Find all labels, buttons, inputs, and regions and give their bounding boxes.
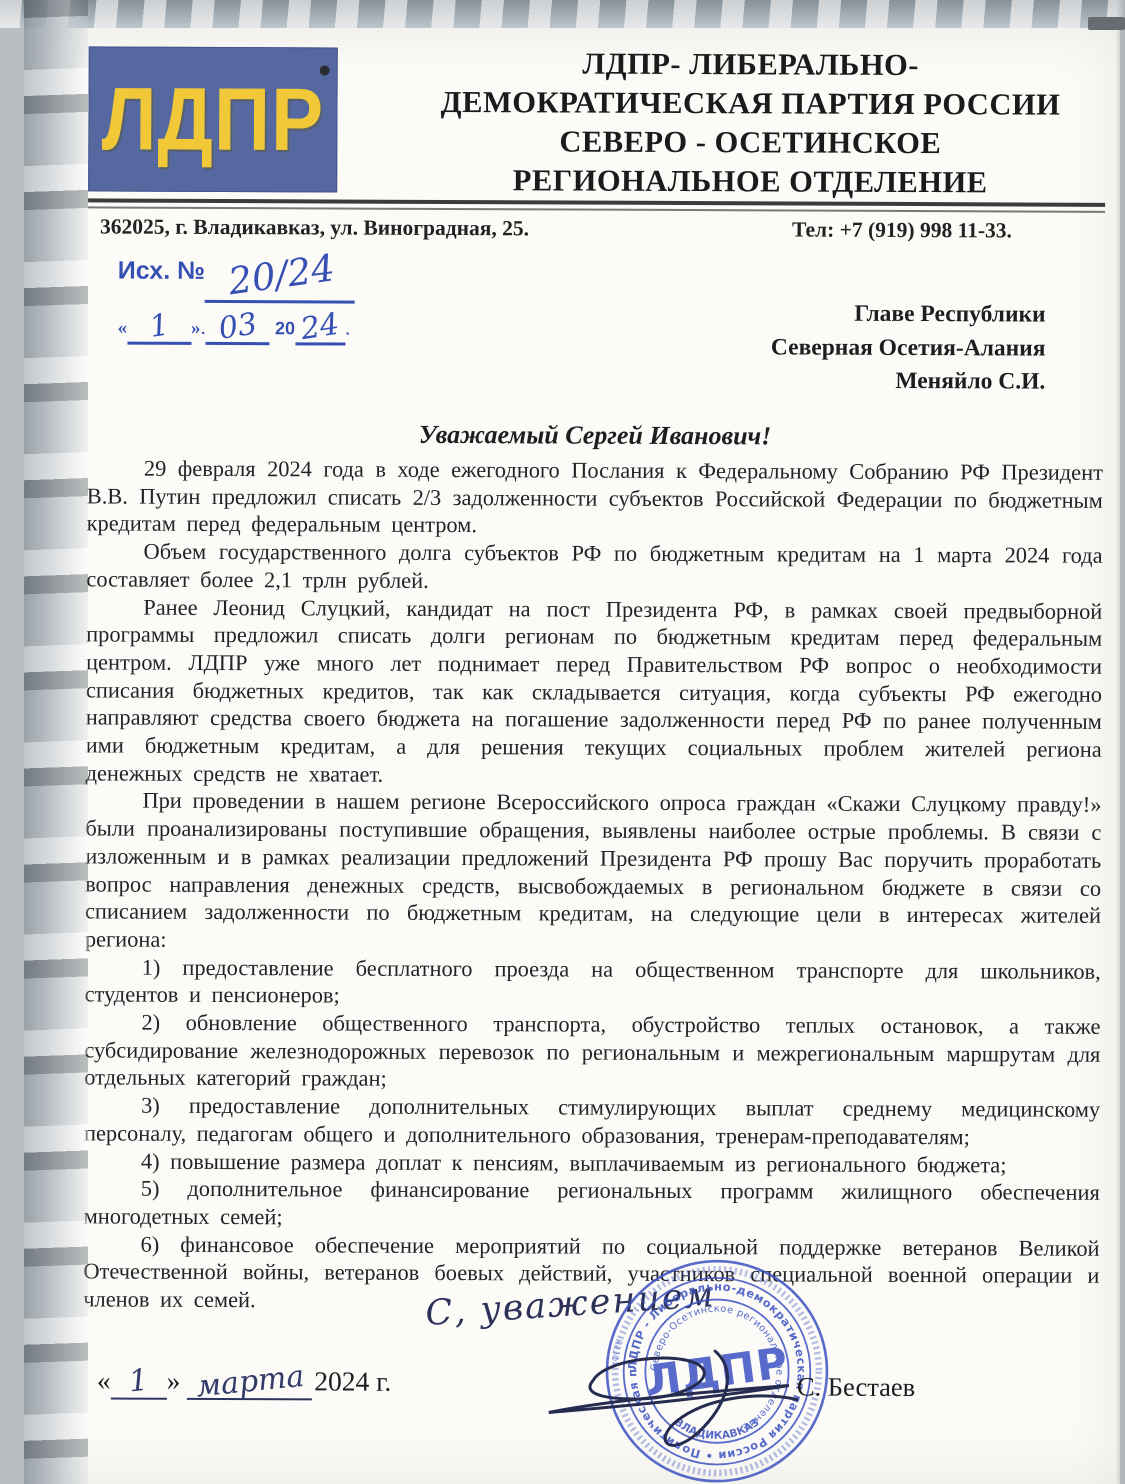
recipient-line: Главе Республики bbox=[690, 297, 1046, 332]
date-month-underline: марта bbox=[187, 1363, 312, 1401]
ref-date-row: «1».03 2024. bbox=[117, 307, 354, 346]
letter-content: ЛДПР ЛДПР- ЛИБЕРАЛЬНО- ДЕМОКРАТИЧЕСКАЯ П… bbox=[0, 0, 1125, 1484]
quote-open: « bbox=[117, 318, 127, 339]
ref-day-underline: 1 bbox=[127, 307, 191, 345]
ref-label: Исх. № bbox=[118, 257, 205, 285]
letter-body: 29 февраля 2024 года в ходе ежегодного П… bbox=[83, 454, 1103, 1317]
signature-strike bbox=[549, 1384, 789, 1413]
date-year: 2024 г. bbox=[314, 1365, 391, 1396]
org-address: 362025, г. Владикавказ, ул. Виноградная,… bbox=[100, 214, 529, 241]
org-title: ЛДПР- ЛИБЕРАЛЬНО- ДЕМОКРАТИЧЕСКАЯ ПАРТИЯ… bbox=[400, 44, 1101, 203]
list-item: 3) предоставление дополнительных стимули… bbox=[84, 1092, 1100, 1152]
paragraph: Ранее Леонид Слуцкий, кандидат на пост П… bbox=[86, 593, 1103, 791]
ref-number-handwritten: 20/24 bbox=[226, 246, 337, 303]
ldpr-logo-text: ЛДПР bbox=[102, 67, 325, 172]
date-quote-close: » bbox=[167, 1365, 181, 1396]
ref-month-underline: 03 bbox=[206, 307, 270, 345]
recipient-line: Северная Осетия-Алания bbox=[689, 331, 1045, 366]
recipient-line: Меняйло С.И. bbox=[689, 364, 1045, 399]
contact-row: 362025, г. Владикавказ, ул. Виноградная,… bbox=[100, 214, 1012, 243]
signer-name: С. Бестаев bbox=[797, 1372, 915, 1404]
org-title-line: РЕГИОНАЛЬНОЕ ОТДЕЛЕНИЕ bbox=[400, 161, 1100, 203]
ref-number-underline: 20/24 bbox=[205, 257, 355, 304]
scan-left-edge bbox=[24, 0, 88, 1484]
date-day-underline: 1 bbox=[111, 1363, 167, 1400]
list-item: 4) повышение размера доплат к пенсиям, в… bbox=[84, 1147, 1100, 1179]
org-title-line: СЕВЕРО - ОСЕТИНСКОЕ bbox=[400, 122, 1100, 164]
ldpr-logo: ЛДПР bbox=[88, 46, 338, 192]
ref-year-printed: 20 bbox=[275, 318, 295, 338]
ref-end-dot: . bbox=[345, 316, 350, 340]
paragraph: При проведении в нашем регионе Всероссий… bbox=[85, 787, 1102, 958]
org-title-line: ЛДПР- ЛИБЕРАЛЬНО- bbox=[401, 44, 1101, 86]
date-quote-open: « bbox=[97, 1364, 111, 1395]
date-day-handwritten: 1 bbox=[128, 1363, 151, 1400]
org-title-line: ДЕМОКРАТИЧЕСКАЯ ПАРТИЯ РОССИИ bbox=[400, 83, 1100, 125]
scanned-letter: ЛДПР ЛДПР- ЛИБЕРАЛЬНО- ДЕМОКРАТИЧЕСКАЯ П… bbox=[0, 0, 1125, 1484]
list-item: 2) обновление общественного транспорта, … bbox=[84, 1008, 1100, 1096]
date-line: «1» марта2024 г. bbox=[97, 1362, 391, 1400]
ref-month-handwritten: 03 bbox=[217, 306, 260, 346]
org-phone: Тел: +7 (919) 998 11-33. bbox=[792, 217, 1012, 243]
scan-right-edge bbox=[1116, 0, 1125, 1484]
salutation: Уважаемый Сергей Иванович! bbox=[87, 418, 1103, 452]
quote-close: » bbox=[191, 318, 201, 339]
ref-year-underline: 24 bbox=[295, 307, 345, 345]
scan-top-edge bbox=[0, 0, 1125, 28]
outgoing-ref-block: Исх. №20/24 «1».03 2024. bbox=[117, 257, 355, 346]
ref-year-handwritten: 24 bbox=[299, 307, 342, 347]
trademark-dot-icon bbox=[320, 65, 330, 75]
ref-number-row: Исх. №20/24 bbox=[118, 257, 355, 304]
paragraph: 29 февраля 2024 года в ходе ежегодного П… bbox=[87, 454, 1103, 542]
recipient-block: Главе Республики Северная Осетия-Алания … bbox=[689, 297, 1045, 399]
signature bbox=[525, 1318, 826, 1479]
list-item: 5) дополнительное финансирование региона… bbox=[84, 1175, 1100, 1235]
date-month-handwritten: марта bbox=[194, 1359, 305, 1405]
list-item: 1) предоставление бесплатного проезда на… bbox=[85, 953, 1101, 1013]
ref-day-handwritten: 1 bbox=[147, 307, 171, 344]
scan-corner-mark bbox=[1088, 17, 1125, 30]
paragraph: Объем государственного долга субъектов Р… bbox=[86, 538, 1102, 598]
